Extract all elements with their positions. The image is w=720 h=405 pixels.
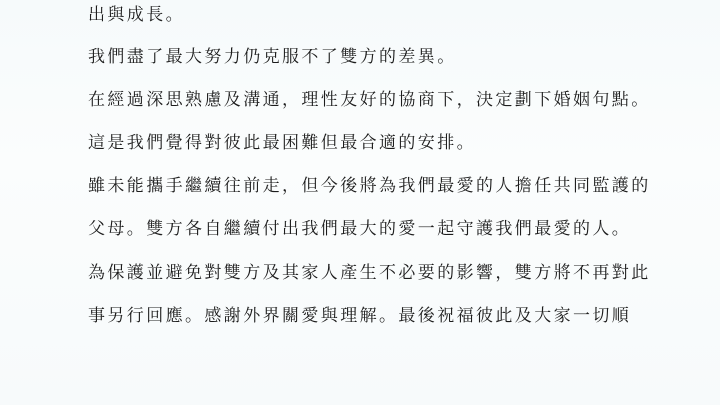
text-line: 我們盡了最大努力仍克服不了雙方的差異。	[88, 46, 457, 68]
text-line: 在經過深思熟慮及溝通，理性友好的協商下，決定劃下婚姻句點。	[88, 89, 651, 111]
document-page: 出與成長。 我們盡了最大努力仍克服不了雙方的差異。 在經過深思熟慮及溝通，理性友…	[0, 0, 720, 405]
text-line: 為保護並避免對雙方及其家人產生不必要的影響，雙方將不再對此	[88, 262, 651, 284]
text-line: 出與成長。	[88, 4, 185, 26]
text-line: 雖未能攜手繼續往前走，但今後將為我們最愛的人擔任共同監護的	[88, 175, 651, 197]
text-line: 事另行回應。感謝外界關愛與理解。最後祝福彼此及大家一切順	[88, 305, 631, 327]
text-line: 父母。雙方各自繼續付出我們最大的愛一起守護我們最愛的人。	[88, 218, 631, 240]
text-line: 這是我們覺得對彼此最困難但最合適的安排。	[88, 132, 476, 154]
